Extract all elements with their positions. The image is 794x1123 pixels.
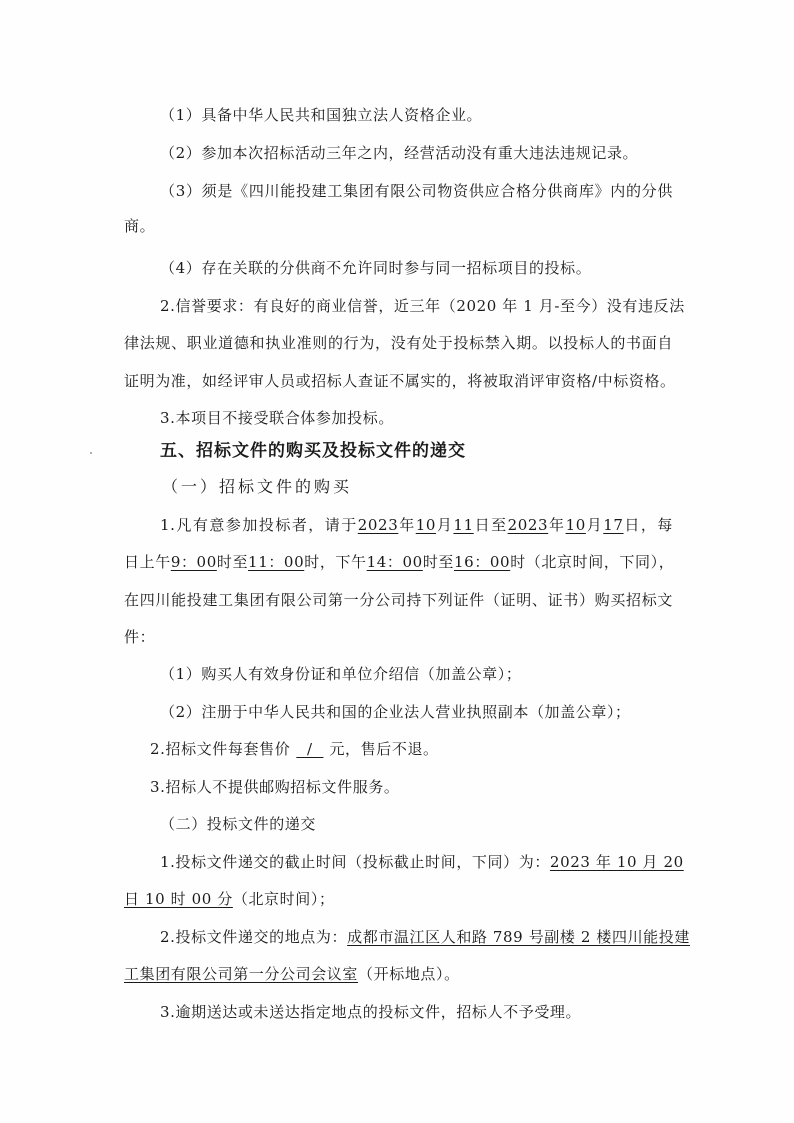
purchase-period-line-2: 日上午9：00时至11：00时，下午14：00时至16：00时（北京时间，下同）… bbox=[124, 552, 673, 572]
location-line-2: 工集团有限公司第一分公司会议室（开标地点）。 bbox=[124, 964, 460, 984]
document-price: 2.招标文件每套售价 / 元，售后不退。 bbox=[150, 739, 439, 759]
submission-address: 成都市温江区人和路 789 号副楼 2 楼四川能投建 bbox=[347, 928, 690, 946]
late-submission-note: 3.逾期送达或未送达指定地点的投标文件，招标人不予受理。 bbox=[160, 1002, 581, 1022]
scan-speck bbox=[90, 452, 92, 454]
end-year: 2023 bbox=[508, 516, 549, 534]
am-start-time: 9：00 bbox=[171, 553, 217, 571]
required-doc-2: （2）注册于中华人民共和国的企业法人营业执照副本（加盖公章）； bbox=[160, 702, 631, 722]
credit-requirement-line-3: 证明为准，如经评审人员或招标人查证不属实的，将被取消评审资格/中标资格。 bbox=[124, 371, 673, 391]
purchase-subheading: （一）招标文件的购买 bbox=[162, 477, 352, 497]
deadline-line-2: 日 10 时 00 分（北京时间）； bbox=[124, 889, 335, 909]
required-doc-1: （1）购买人有效身份证和单位介绍信（加盖公章）； bbox=[160, 664, 521, 684]
qualification-item-3: （3）须是《四川能投建工集团有限公司物资供应合格分供商库》内的分供 bbox=[160, 181, 673, 201]
credit-requirement-line-2: 律法规、职业道德和执业准则的行为，没有处于投标禁入期。以投标人的书面自 bbox=[124, 333, 673, 353]
pm-start-time: 14：00 bbox=[367, 553, 423, 571]
joint-venture-note: 3.本项目不接受联合体参加投标。 bbox=[160, 408, 394, 428]
pm-end-time: 16：00 bbox=[454, 553, 510, 571]
purchase-period-line-1: 1.凡有意参加投标者，请于2023年10月11日至2023年10月17日，每 bbox=[160, 515, 673, 535]
no-mail-order-note: 3.招标人不提供邮购招标文件服务。 bbox=[150, 777, 400, 797]
submission-subheading: （二）投标文件的递交 bbox=[160, 814, 316, 834]
start-month: 10 bbox=[416, 516, 436, 534]
location-line-1: 2.投标文件递交的地点为：成都市温江区人和路 789 号副楼 2 楼四川能投建 bbox=[160, 927, 673, 947]
qualification-item-3-cont: 商。 bbox=[124, 216, 155, 236]
end-month: 10 bbox=[566, 516, 586, 534]
purchase-location-line: 在四川能投建工集团有限公司第一分公司持下列证件（证明、证书）购买招标文 bbox=[124, 590, 673, 610]
deadline-time: 日 10 时 00 分 bbox=[124, 890, 233, 908]
price-value: / bbox=[290, 740, 329, 758]
qualification-item-2: （2）参加本次招标活动三年之内，经营活动没有重大违法违规记录。 bbox=[160, 143, 638, 163]
am-end-time: 11：00 bbox=[248, 553, 304, 571]
start-year: 2023 bbox=[358, 516, 399, 534]
section-5-heading: 五、招标文件的购买及投标文件的递交 bbox=[160, 441, 466, 461]
qualification-item-1: （1）具备中华人民共和国独立法人资格企业。 bbox=[160, 105, 482, 125]
deadline-date: 2023 年 10 月 20 bbox=[550, 853, 684, 871]
start-day: 11 bbox=[453, 516, 473, 534]
deadline-line-1: 1.投标文件递交的截止时间（投标截止时间，下同）为：2023 年 10 月 20 bbox=[160, 852, 673, 872]
purchase-location-line-cont: 件： bbox=[124, 627, 155, 647]
submission-address-cont: 工集团有限公司第一分公司会议室 bbox=[124, 965, 358, 983]
end-day: 17 bbox=[603, 516, 623, 534]
credit-requirement-line-1: 2.信誉要求：有良好的商业信誉，近三年（2020 年 1 月-至今）没有违反法 bbox=[160, 296, 673, 316]
document-page: （1）具备中华人民共和国独立法人资格企业。 （2）参加本次招标活动三年之内，经营… bbox=[0, 0, 794, 1123]
qualification-item-4: （4）存在关联的分供商不允许同时参与同一招标项目的投标。 bbox=[160, 258, 591, 278]
